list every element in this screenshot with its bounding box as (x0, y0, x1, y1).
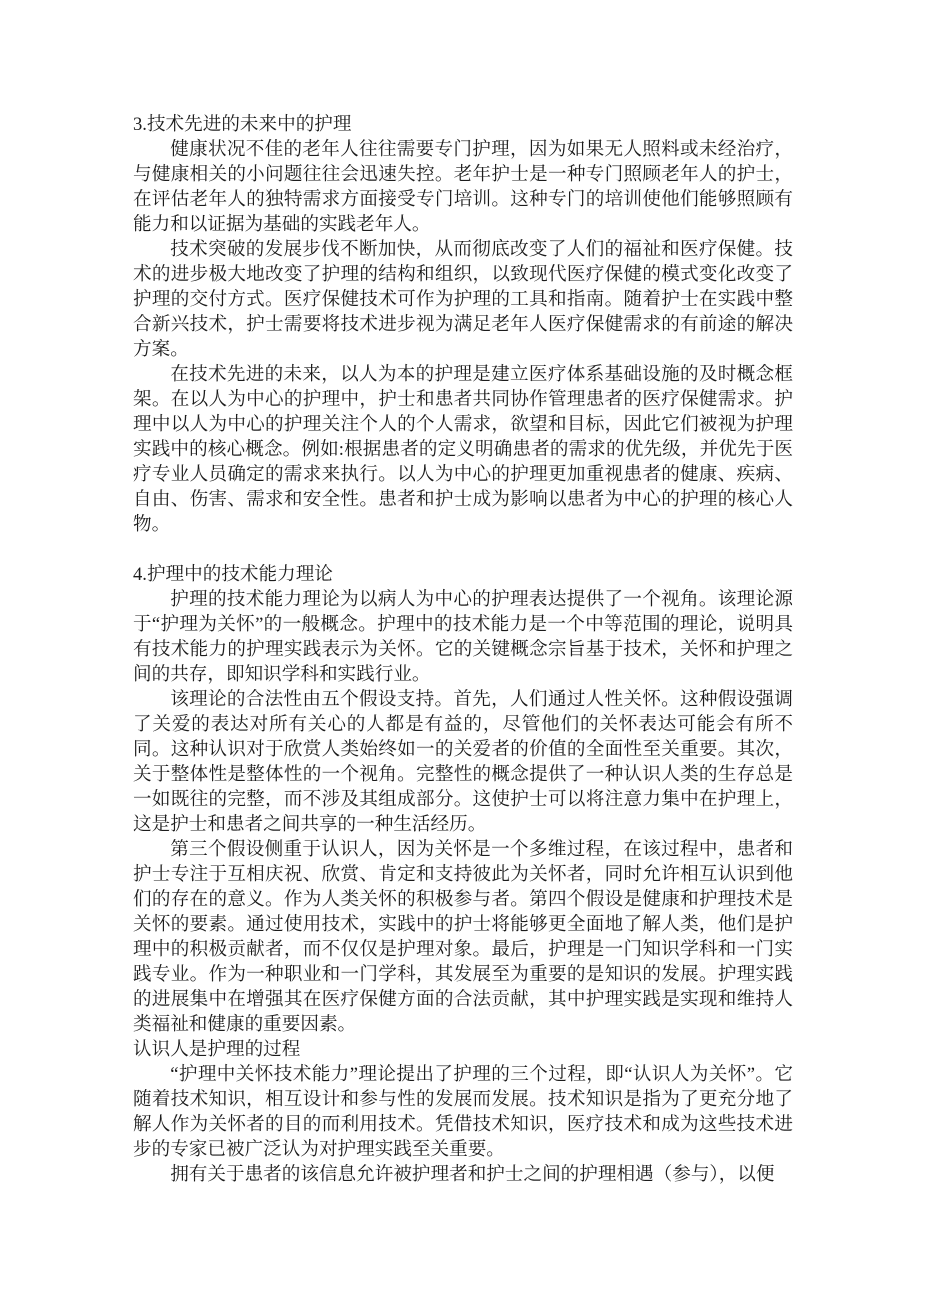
paragraph-person-centered-care: 在技术先进的未来，以人为本的护理是建立医疗体系基础设施的及时概念框架。在以人为中… (133, 362, 793, 537)
paragraph-tech-breakthrough: 技术突破的发展步伐不断加快，从而彻底改变了人们的福祉和医疗保健。技术的进步极大地… (133, 237, 793, 362)
document-page: 3.技术先进的未来中的护理 健康状况不佳的老年人往往需要专门护理，因为如果无人照… (0, 0, 926, 1309)
paragraph-three-processes: “护理中关怀技术能力”理论提出了护理的三个过程，即“认识人为关怀”。它随着技术知… (133, 1062, 793, 1162)
section-heading-4: 4.护理中的技术能力理论 (133, 562, 793, 587)
section-heading-3: 3.技术先进的未来中的护理 (133, 112, 793, 137)
paragraph-five-assumptions: 该理论的合法性由五个假设支持。首先，人们通过人性关怀。这种假设强调了关爱的表达对… (133, 687, 793, 837)
document-body: 3.技术先进的未来中的护理 健康状况不佳的老年人往往需要专门护理，因为如果无人照… (133, 112, 793, 1187)
paragraph-patient-information: 拥有关于患者的该信息允许被护理者和护士之间的护理相遇（参与），以便 (133, 1162, 793, 1187)
subheading-knowing-persons: 认识人是护理的过程 (133, 1037, 793, 1062)
paragraph-third-fourth-assumption: 第三个假设侧重于认识人，因为关怀是一个多维过程，在该过程中，患者和护士专注于互相… (133, 837, 793, 1037)
paragraph-tech-competency-theory: 护理的技术能力理论为以病人为中心的护理表达提供了一个视角。该理论源于“护理为关怀… (133, 587, 793, 687)
paragraph-elderly-care: 健康状况不佳的老年人往往需要专门护理，因为如果无人照料或未经治疗，与健康相关的小… (133, 137, 793, 237)
